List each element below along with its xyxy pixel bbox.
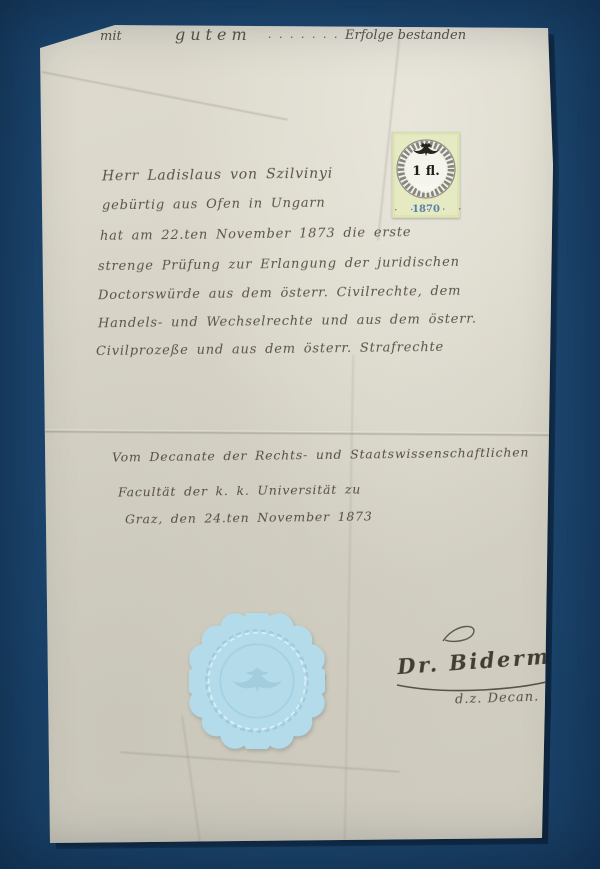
stamp-denomination: 1 fl.: [412, 164, 440, 179]
photograph-of-certificate: 1 fl. 1870 Herr Ladislaus von Szilvinyi …: [0, 0, 600, 869]
embossed-paper-seal: [189, 613, 325, 749]
result-grade: gutem: [175, 25, 252, 44]
closing-line-university: Facultät der k. k. Universität zu: [118, 482, 361, 500]
handwriting-line: Civilprozeße und aus dem österr. Strafre…: [96, 340, 444, 359]
ink-dots: · · · · · · ·: [268, 31, 339, 44]
closing-line-place-date: Graz, den 24.ten November 1873: [125, 508, 373, 526]
handwriting-line-exam-date: hat am 22.ten November 1873 die erste: [100, 225, 412, 244]
handwriting-line: Doctorswürde aus dem österr. Civilrechte…: [98, 284, 461, 303]
result-prefix: mit: [100, 29, 122, 44]
handwriting-line: strenge Prüfung zur Erlangung der juridi…: [98, 255, 460, 274]
handwriting-line-result: mit gutem · · · · · · · Erfolge bestande…: [40, 25, 553, 49]
handwriting-line-name: Herr Ladislaus von Szilvinyi: [102, 166, 333, 185]
handwriting-line: Handels- und Wechselrechte und aus dem ö…: [98, 312, 477, 332]
ink-dots: · · · · ·: [394, 203, 465, 217]
paper-crease: [344, 355, 355, 843]
closing-line-decanat: Vom Decanate der Rechts- und Staatswisse…: [112, 444, 529, 464]
handwriting-line-birthplace: gebürtig aus Ofen in Ungarn: [102, 196, 326, 214]
signature-title: d.z. Decan.: [455, 690, 540, 708]
paper-crease: [120, 751, 399, 773]
result-suffix: Erfolge bestanden: [345, 28, 466, 43]
paper-fold-line: [40, 429, 553, 437]
document-paper: 1 fl. 1870 Herr Ladislaus von Szilvinyi …: [40, 25, 553, 843]
paper-crease: [42, 71, 288, 121]
